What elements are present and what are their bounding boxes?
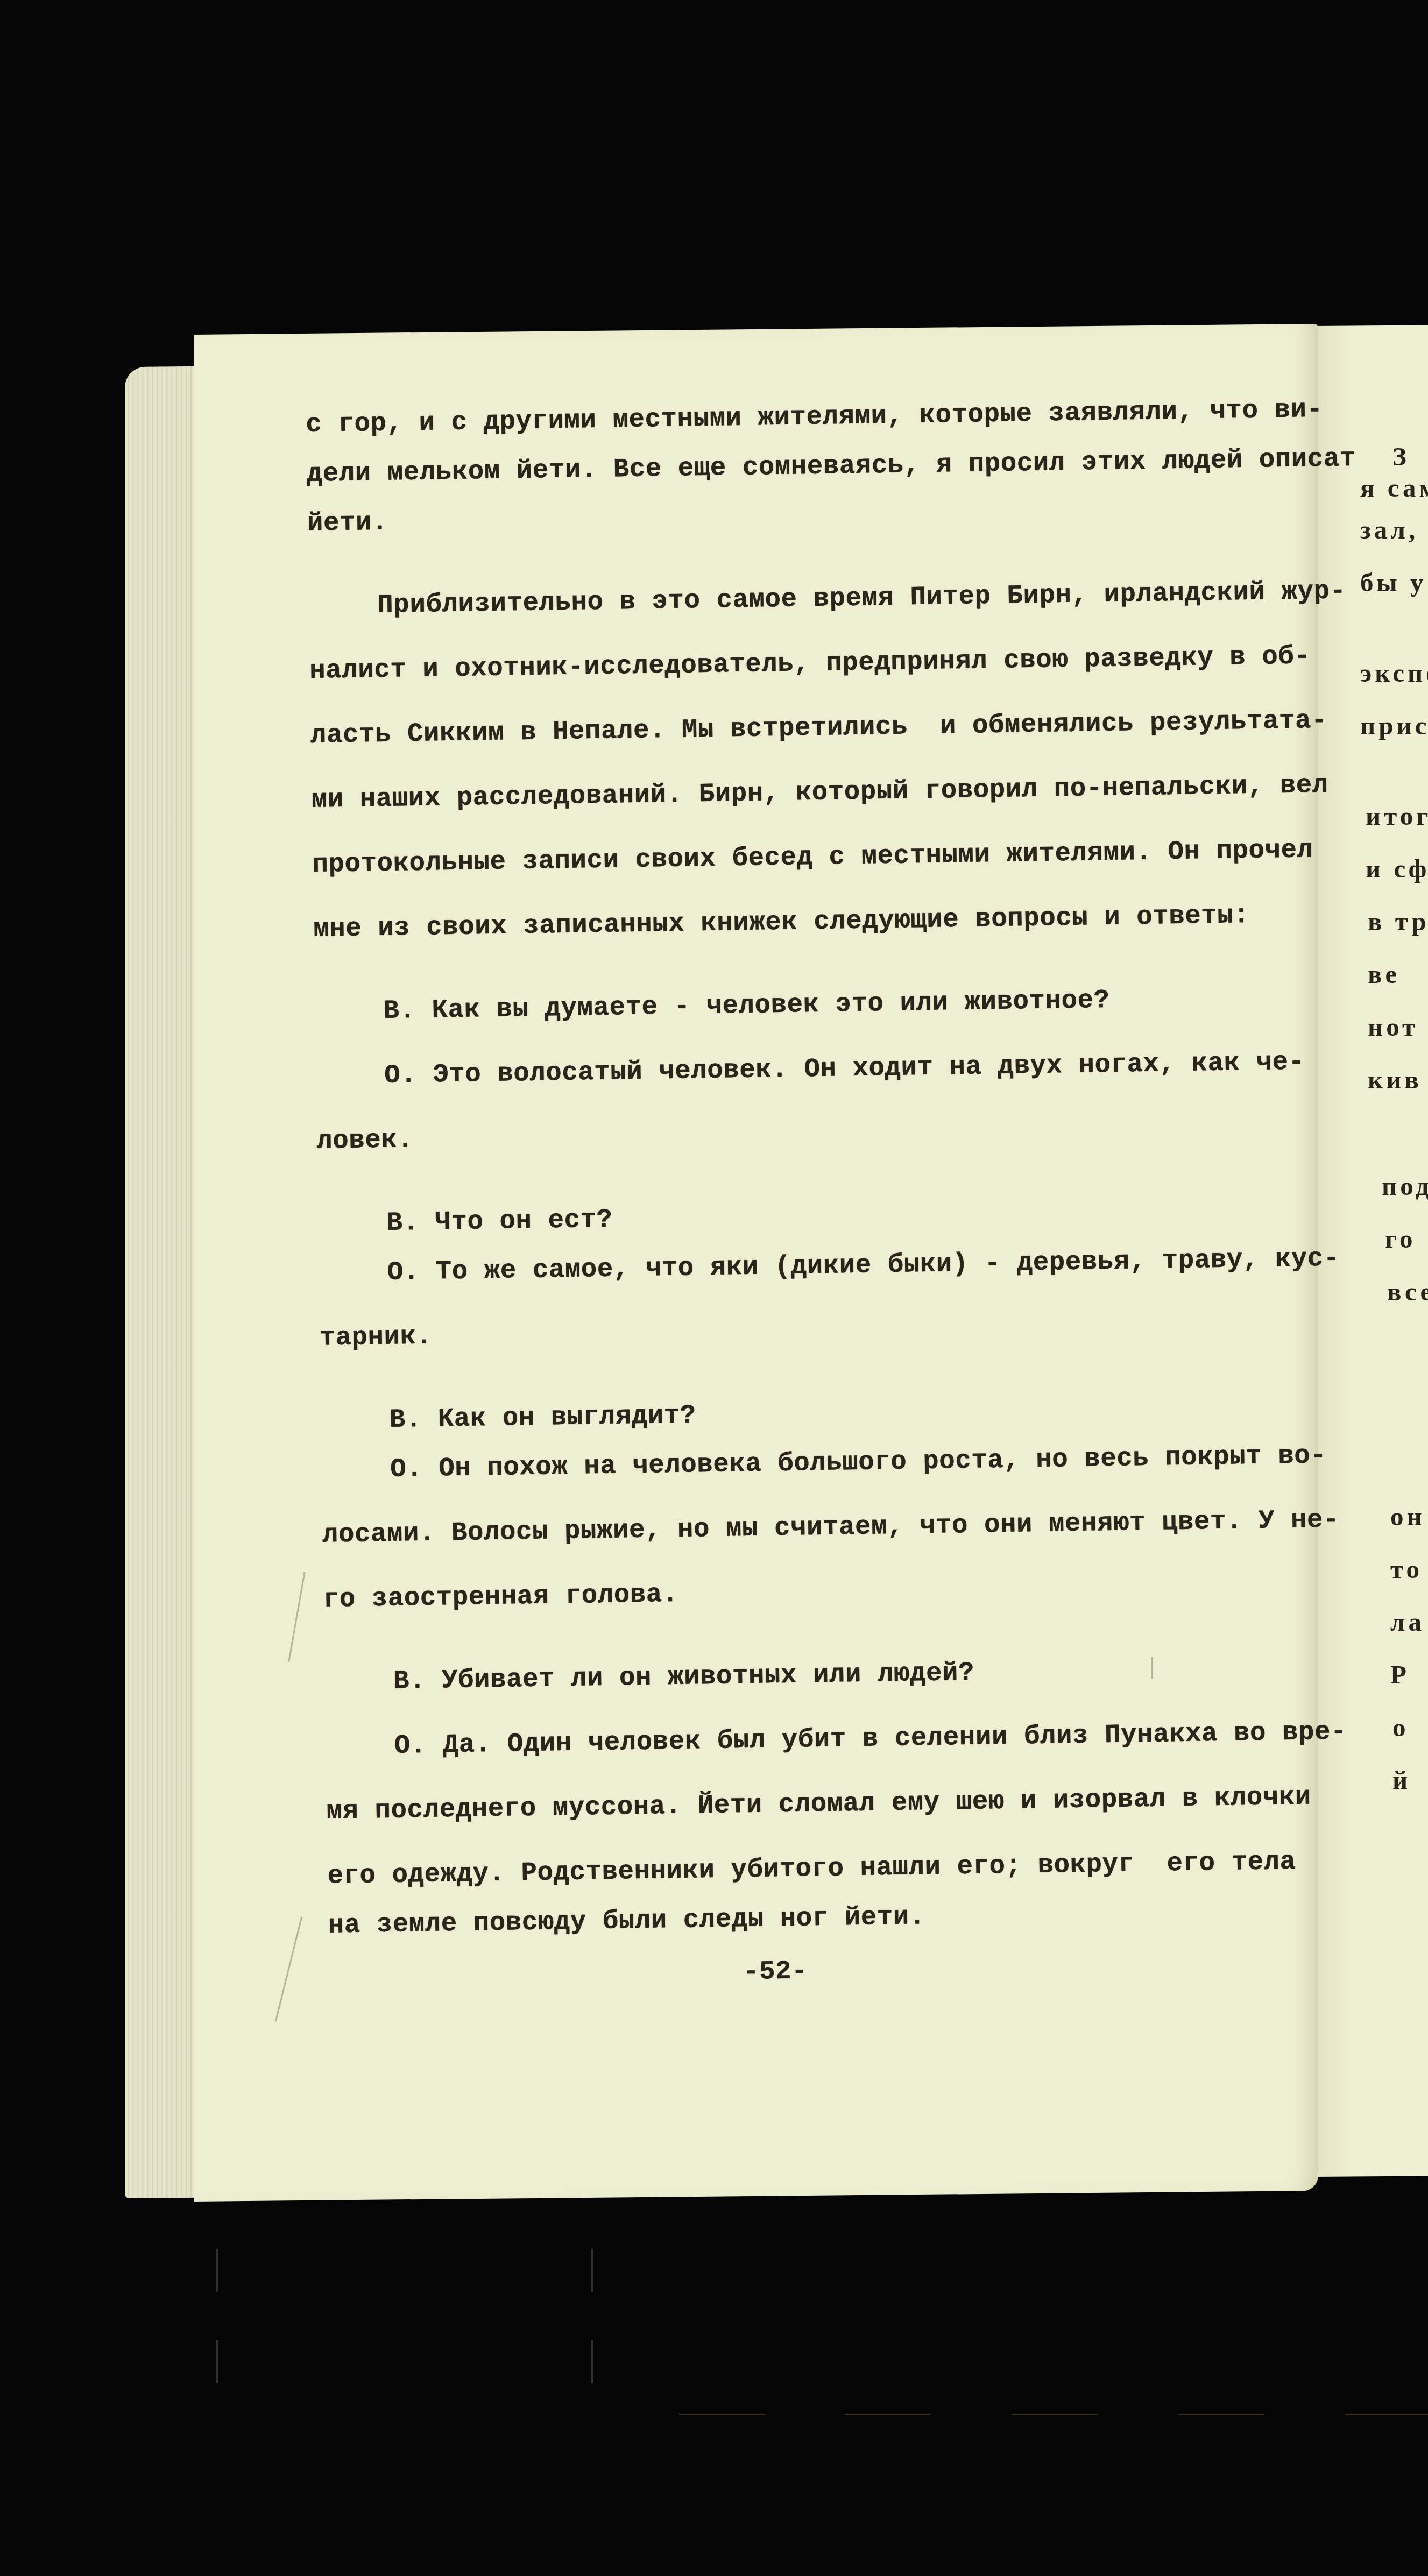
- page-text: с гор, и с другими местными жителями, ко…: [306, 394, 1340, 1994]
- fragment: прис: [1360, 710, 1428, 741]
- fragment: в тр: [1360, 906, 1428, 937]
- pencil-margin-mark: [1151, 1657, 1153, 1679]
- fragment: он: [1360, 1501, 1428, 1532]
- fragment: ла: [1360, 1607, 1428, 1638]
- fragment: нот: [1360, 1011, 1428, 1043]
- fragment: под: [1360, 1171, 1428, 1202]
- fragment: З: [1360, 441, 1428, 472]
- fragment: бы у: [1360, 567, 1428, 598]
- fragment: я сам: [1360, 472, 1428, 504]
- fragment: кив: [1360, 1064, 1428, 1095]
- fragment: Р: [1360, 1659, 1428, 1690]
- next-page-text: З я сам зал, бы у экспе прис итог и сф в…: [1360, 441, 1428, 1796]
- fragment: го: [1360, 1223, 1428, 1255]
- fragment: все: [1360, 1276, 1428, 1307]
- fragment: итог: [1360, 801, 1428, 832]
- fragment: то: [1360, 1554, 1428, 1585]
- fragment: ве: [1360, 959, 1428, 990]
- fragment: й: [1360, 1765, 1428, 1796]
- scan-background: с гор, и с другими местными жителями, ко…: [0, 0, 1428, 2576]
- fragment: и сф: [1360, 853, 1428, 884]
- fragment: зал,: [1360, 514, 1428, 546]
- page-stack-edge: [125, 366, 200, 2198]
- fragment: о: [1360, 1712, 1428, 1743]
- fragment: экспе: [1360, 657, 1428, 689]
